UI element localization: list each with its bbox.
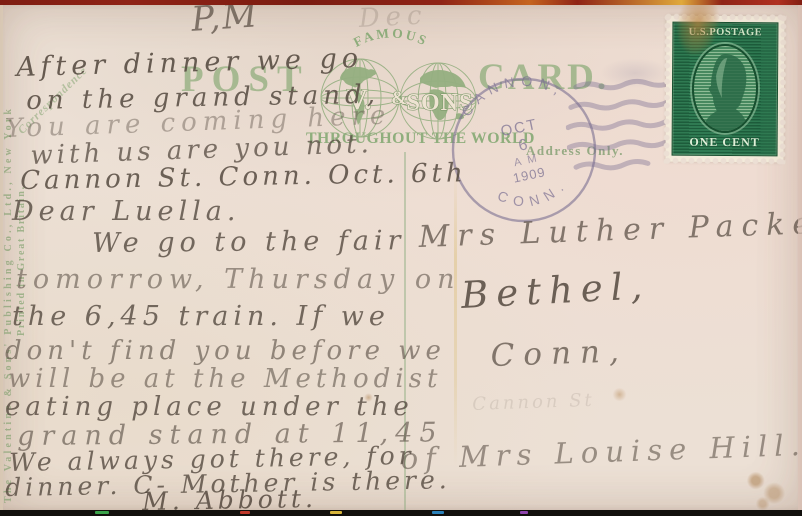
franklin-one-cent-stamp: U.S.POSTAGE ONE CENT bbox=[665, 16, 784, 163]
scan-artifact bbox=[240, 511, 250, 514]
scan-artifact bbox=[432, 511, 444, 514]
stamp-perforation-bottom bbox=[663, 157, 785, 166]
scan-edge-left bbox=[0, 0, 3, 516]
stamp-perforation-top bbox=[664, 13, 786, 22]
scan-edge-right bbox=[798, 0, 802, 516]
message-line: will be at the Methodist bbox=[8, 364, 442, 394]
message-line: don't find you before we bbox=[5, 336, 446, 366]
scan-edge-top bbox=[0, 0, 802, 5]
franklin-portrait bbox=[694, 46, 757, 131]
address-erased-note: Cannon St bbox=[472, 390, 595, 415]
pencil-faint-scribble: Dec bbox=[358, 0, 428, 34]
stamp-portrait-oval bbox=[692, 44, 759, 133]
message-line: the 6,45 train. If we bbox=[12, 301, 390, 332]
scan-artifact bbox=[95, 511, 109, 514]
message-line: We go to the fair bbox=[92, 225, 406, 259]
stamp-perforation-left bbox=[662, 14, 671, 164]
message-salutation: Dear Luella. bbox=[12, 196, 240, 227]
scan-edge-bottom bbox=[0, 510, 802, 516]
postmark-day: 6 bbox=[517, 136, 529, 154]
stamp-perforation-right bbox=[778, 14, 787, 164]
stamp-engraving: U.S.POSTAGE ONE CENT bbox=[672, 22, 779, 157]
stamp-denomination-label: ONE CENT bbox=[673, 135, 777, 151]
svg-text:CANNON,: CANNON, bbox=[453, 63, 571, 122]
scan-artifact bbox=[330, 511, 342, 514]
postcard-scan: The Valentine & Sons' Publishing Co., Lt… bbox=[0, 0, 802, 516]
scan-artifact bbox=[520, 511, 528, 514]
pencil-pm-note: P,M bbox=[190, 0, 260, 40]
stamp-country-label: U.S.POSTAGE bbox=[673, 27, 777, 39]
message-line: tomorrow, Thursday on bbox=[16, 264, 461, 295]
postmark-town: CANNON, bbox=[453, 63, 571, 122]
address-state: Conn, bbox=[490, 333, 628, 374]
globe-ampersand: & bbox=[391, 88, 407, 109]
